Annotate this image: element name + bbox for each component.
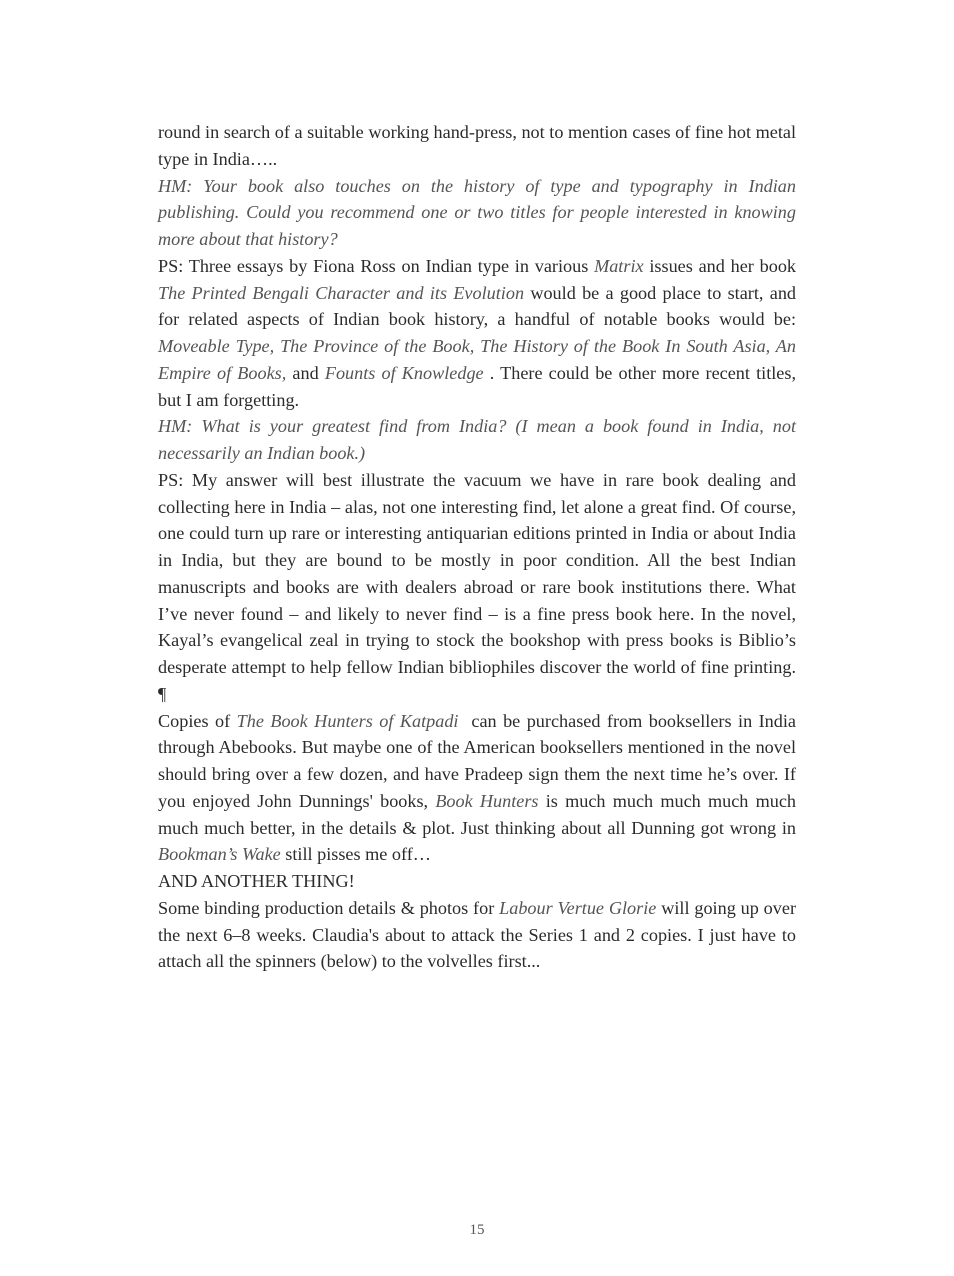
book-title: Bookman’s Wake bbox=[158, 844, 281, 864]
paragraph-answer-titles: PS: Three essays by Fiona Ross on Indian… bbox=[158, 253, 796, 414]
book-title: Matrix bbox=[594, 256, 644, 276]
book-title: Labour Vertue Glorie bbox=[499, 898, 656, 918]
book-title: Book Hunters bbox=[435, 791, 538, 811]
section-heading: AND ANOTHER THING! bbox=[158, 868, 796, 895]
text-run: round in search of a suitable working ha… bbox=[158, 122, 796, 169]
text-run: still pisses me off… bbox=[281, 844, 431, 864]
book-title: The Book Hunters of Katpadi bbox=[237, 711, 459, 731]
page-number: 15 bbox=[0, 1222, 954, 1239]
text-run: Some binding production details & photos… bbox=[158, 898, 499, 918]
question-text: HM: Your book also touches on the histor… bbox=[158, 176, 796, 250]
paragraph-binding-details: Some binding production details & photos… bbox=[158, 895, 796, 975]
heading-text: AND ANOTHER THING! bbox=[158, 871, 355, 891]
text-run: and bbox=[286, 363, 325, 383]
text-run: PS: My answer will best illustrate the v… bbox=[158, 470, 796, 704]
text-run: Copies of bbox=[158, 711, 237, 731]
text-run: issues and her book bbox=[644, 256, 796, 276]
paragraph-copies: Copies of The Book Hunters of Katpadi ca… bbox=[158, 708, 796, 869]
book-title: The Printed Bengali Character and its Ev… bbox=[158, 283, 524, 303]
paragraph-answer-continued: round in search of a suitable working ha… bbox=[158, 119, 796, 173]
question-text: HM: What is your greatest find from Indi… bbox=[158, 416, 796, 463]
paragraph-question-typography: HM: Your book also touches on the histor… bbox=[158, 173, 796, 253]
document-page: round in search of a suitable working ha… bbox=[0, 0, 954, 1276]
text-run: PS: Three essays by Fiona Ross on Indian… bbox=[158, 256, 594, 276]
paragraph-question-greatest-find: HM: What is your greatest find from Indi… bbox=[158, 413, 796, 467]
paragraph-answer-vacuum: PS: My answer will best illustrate the v… bbox=[158, 467, 796, 708]
body-text: round in search of a suitable working ha… bbox=[158, 119, 796, 975]
book-title: Founts of Knowledge bbox=[325, 363, 484, 383]
